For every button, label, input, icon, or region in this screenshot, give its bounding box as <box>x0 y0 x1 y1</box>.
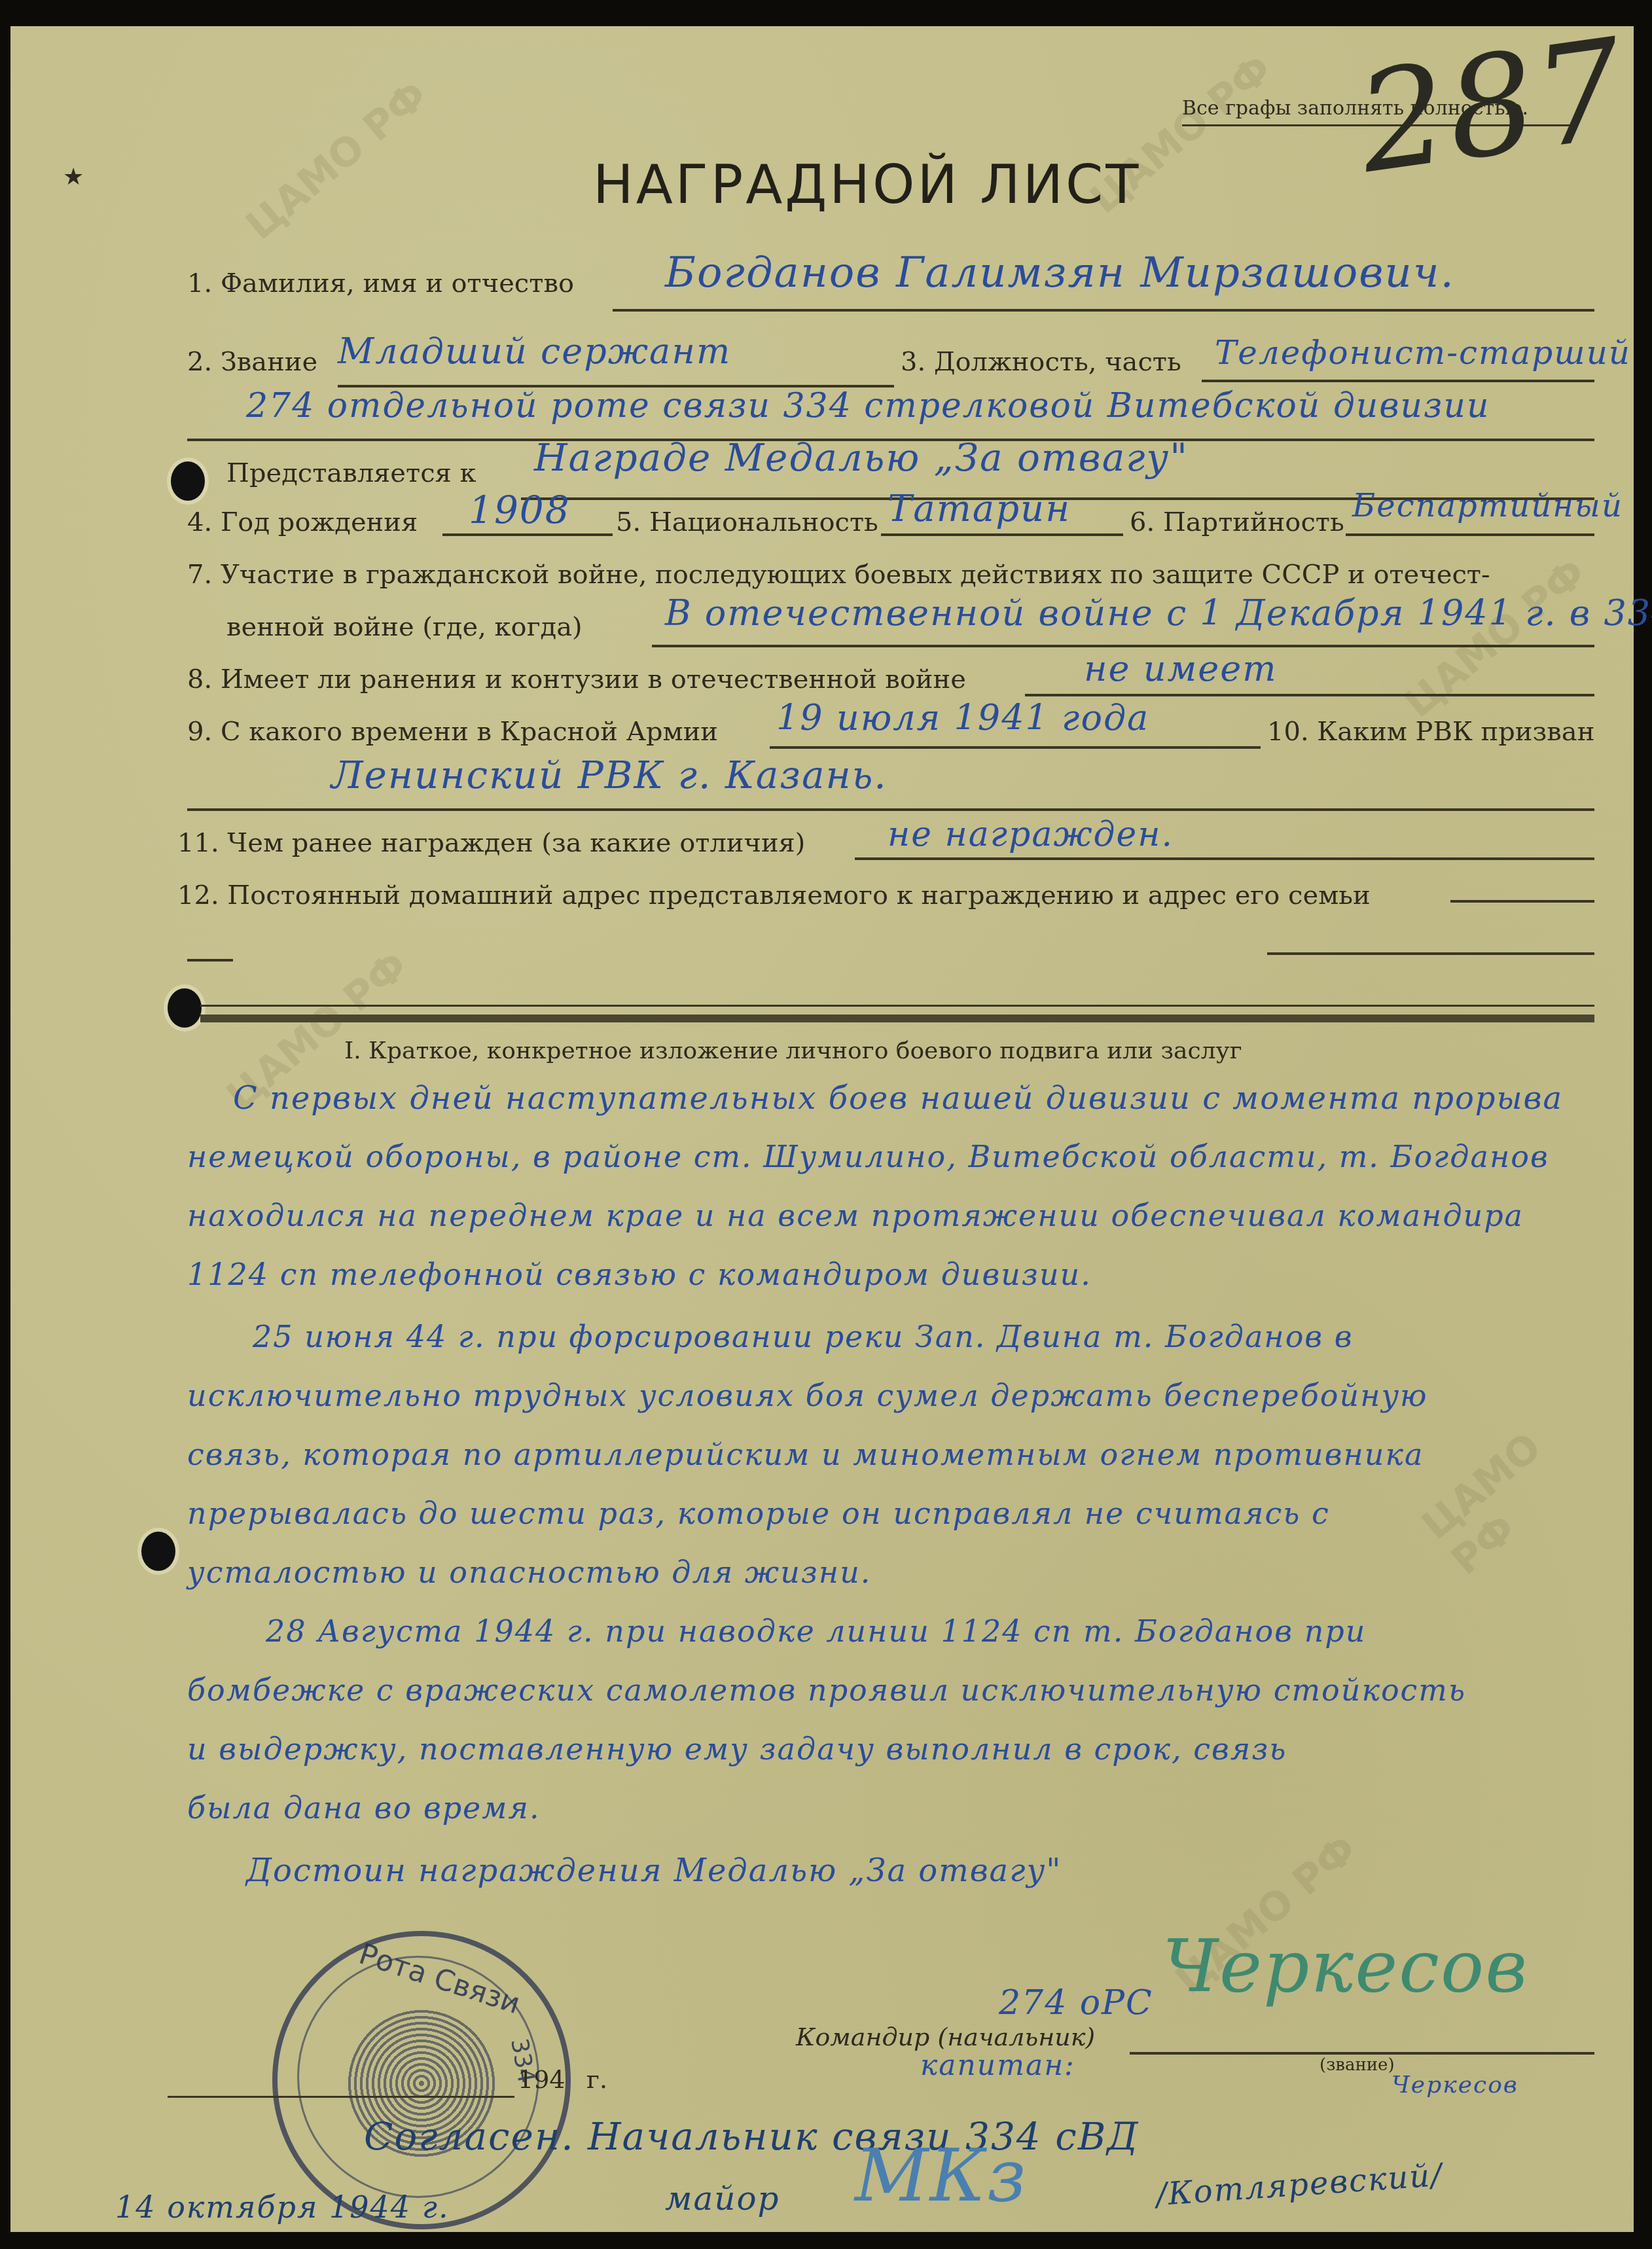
field-6-value: Беспартийный <box>1352 488 1623 524</box>
field-7-label-cont: венной войне (где, когда) <box>226 612 583 642</box>
field-8-line <box>1025 694 1594 696</box>
field-11-line <box>855 857 1594 860</box>
narrative-line: находился на переднем крае и на всем про… <box>187 1198 1524 1233</box>
star-mark: ★ <box>63 164 84 190</box>
section-divider-thin <box>200 1005 1594 1007</box>
watermark-tsamo: ЦАМО РФ <box>1414 1375 1638 1583</box>
field-10-label: 10. Каким РВК призван <box>1267 717 1594 747</box>
narrative-line: 1124 сп телефонной связью с командиром д… <box>187 1257 1092 1292</box>
narrative-line: прерывалась до шести раз, которые он исп… <box>187 1496 1330 1531</box>
approval-rank: майор <box>665 2180 780 2218</box>
narrative-line: и выдержку, поставленную ему задачу выпо… <box>187 1731 1287 1767</box>
field-3-line <box>1202 380 1594 382</box>
field-3-value-cont: 274 отдельной роте связи 334 стрелковой … <box>246 386 1490 425</box>
field-11-label: 11. Чем ранее награжден (за какие отличи… <box>177 828 805 858</box>
punch-hole <box>141 1532 175 1571</box>
narrative-line: бомбежке с вражеских самолетов проявил и… <box>187 1672 1466 1708</box>
commander-signature: Черкесов <box>1162 1924 1528 2008</box>
nomination-value: Награде Медалью „За отвагу" <box>534 435 1189 480</box>
field-12-line-3 <box>187 959 233 962</box>
narrative-line: усталостью и опасностью для жизни. <box>187 1555 871 1590</box>
field-4-label: 4. Год рождения <box>187 507 418 537</box>
field-7-label: 7. Участие в гражданской войне, последую… <box>187 560 1490 590</box>
archive-number: 287 <box>1349 9 1635 204</box>
narrative-line: 28 Августа 1944 г. при наводке линии 112… <box>266 1613 1366 1649</box>
field-12-label: 12. Постоянный домашний адрес представля… <box>177 880 1371 910</box>
field-9-label: 9. С какого времени в Красной Армии <box>187 717 718 747</box>
section-heading: I. Краткое, конкретное изложение личного… <box>344 1037 1242 1064</box>
field-7-value: В отечественной войне с 1 Декабря 1941 г… <box>665 592 1652 634</box>
field-12-line-2 <box>1267 952 1594 955</box>
field-8-value: не имеет <box>1084 648 1277 689</box>
narrative-conclusion: Достоин награждения Медалью „За отвагу" <box>246 1852 1062 1889</box>
section-divider-thick <box>200 1015 1594 1022</box>
punch-hole <box>168 988 202 1028</box>
narrative-line: немецкой обороны, в районе ст. Шумилино,… <box>187 1139 1549 1174</box>
page-title: НАГРАДНОЙ ЛИСТ <box>593 154 1141 216</box>
commander-label: Командир (начальник) <box>796 2023 1095 2051</box>
field-7-line <box>652 645 1594 647</box>
narrative-line: исключительно трудных условиях боя сумел… <box>187 1378 1428 1413</box>
field-5-line <box>881 533 1123 536</box>
narrative-line: связь, которая по артиллерийским и мином… <box>187 1437 1424 1472</box>
field-12-line <box>1450 900 1594 903</box>
watermark-tsamo: ЦАМО РФ <box>238 72 436 249</box>
field-6-line <box>1346 533 1594 536</box>
commander-unit: 274 оРС <box>999 1983 1153 2023</box>
narrative-line: была дана во время. <box>187 1790 541 1826</box>
field-6-label: 6. Партийность <box>1130 507 1344 537</box>
field-3-value: Телефонист-старший <box>1215 334 1631 372</box>
field-4-line <box>442 533 613 536</box>
field-10-value: Ленинский РВК г. Казань. <box>331 753 888 797</box>
narrative-line: 25 июня 44 г. при форсировании реки Зап.… <box>253 1319 1354 1354</box>
date-line <box>168 2096 514 2098</box>
field-1-value: Богданов Галимзян Мирзашович. <box>665 249 1455 297</box>
approval-signature: МКз <box>855 2134 1028 2218</box>
field-4-value: 1908 <box>469 488 571 532</box>
field-2-label: 2. Звание <box>187 347 317 377</box>
field-3-label: 3. Должность, часть <box>901 347 1181 377</box>
field-1-line <box>613 309 1594 312</box>
field-9-value: 19 июля 1941 года <box>776 697 1149 738</box>
field-5-value: Татарин <box>888 488 1071 530</box>
punch-hole <box>171 461 205 501</box>
field-9-line <box>770 746 1261 749</box>
award-sheet: ЦАМО РФ ЦАМО РФ ЦАМО РФ ЦАМО РФ ЦАМО РФ … <box>10 26 1634 2232</box>
nomination-label: Представляется к <box>226 458 476 488</box>
commander-rank: капитан: <box>920 2049 1075 2082</box>
field-1-label: 1. Фамилия, имя и отчество <box>187 268 574 298</box>
field-11-value: не награжден. <box>888 815 1174 854</box>
field-2-value: Младший сержант <box>338 331 731 372</box>
rank-caption: (звание) <box>1320 2055 1395 2075</box>
approval-date: 14 октября 1944 г. <box>115 2189 450 2225</box>
date-suffix-label: г. <box>586 2065 607 2094</box>
field-5-label: 5. Национальность <box>616 507 878 537</box>
date-year-label: 194 <box>518 2065 566 2094</box>
field-8-label: 8. Имеет ли ранения и контузии в отечест… <box>187 664 966 694</box>
field-10-line <box>187 808 1594 811</box>
commander-line <box>1130 2052 1594 2055</box>
narrative-line: С первых дней наступательных боев нашей … <box>233 1080 1563 1117</box>
approval-name: /Котляревский/ <box>1155 2157 1445 2213</box>
commander-name: Черкесов <box>1392 2072 1518 2098</box>
